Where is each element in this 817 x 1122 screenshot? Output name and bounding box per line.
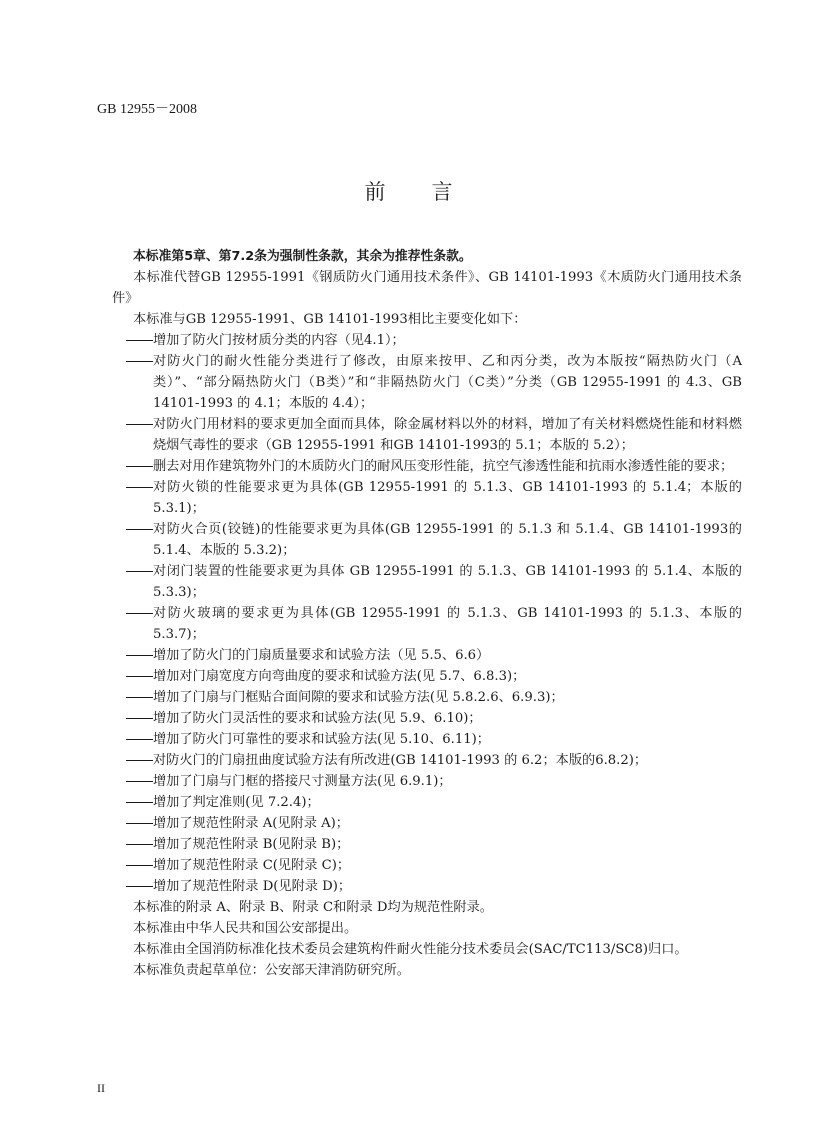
list-item: 增加了防火门按材质分类的内容（见4.1）； — [112, 330, 742, 351]
page-title-char-2: 言 — [432, 176, 453, 206]
page-number: II — [97, 1081, 105, 1096]
list-item: 增加了判定准则(见 7.2.4)； — [112, 792, 742, 813]
list-item: 删去对用作建筑物外门的木质防火门的耐风压变形性能，抗空气渗透性能和抗雨水渗透性能… — [112, 456, 742, 477]
em-dash-marker — [126, 666, 153, 687]
proposer-statement: 本标准由中华人民共和国公安部提出。 — [112, 918, 742, 939]
em-dash-marker — [126, 414, 153, 435]
list-item: 对防火锁的性能要求更为具体(GB 12955-1991 的 5.1.3、GB 1… — [112, 477, 742, 519]
em-dash-marker — [126, 330, 153, 351]
list-item: 增加了规范性附录 D(见附录 D)； — [112, 876, 742, 897]
em-dash-marker — [126, 834, 153, 855]
mandatory-clause-statement: 本标准第5章、第7.2条为强制性条款，其余为推荐性条款。 — [112, 246, 742, 267]
em-dash-marker — [126, 771, 153, 792]
em-dash-marker — [126, 729, 153, 750]
page-title-char-1: 前 — [365, 176, 386, 206]
em-dash-marker — [126, 708, 153, 729]
appendix-statement: 本标准的附录 A、附录 B、附录 C和附录 D均为规范性附录。 — [112, 897, 742, 918]
list-item: 增加了门扇与门框的搭接尺寸测量方法(见 6.9.1)； — [112, 771, 742, 792]
list-item: 对防火玻璃的要求更为具体(GB 12955-1991 的 5.1.3、GB 14… — [112, 603, 742, 645]
list-item: 增加了规范性附录 A(见附录 A)； — [112, 813, 742, 834]
standard-code: GB 12955－2008 — [97, 98, 197, 118]
em-dash-marker — [126, 519, 153, 540]
list-item: 对防火门的耐火性能分类进行了修改，由原来按甲、乙和丙分类，改为本版按“隔热防火门… — [112, 351, 742, 414]
em-dash-marker — [126, 687, 153, 708]
list-item: 对闭门装置的性能要求更为具体 GB 12955-1991 的 5.1.3、GB … — [112, 561, 742, 603]
em-dash-marker — [126, 792, 153, 813]
list-item: 对防火合页(铰链)的性能要求更为具体(GB 12955-1991 的 5.1.3… — [112, 519, 742, 561]
list-item: 对防火门用材料的要求更加全面而具体，除金属材料以外的材料，增加了有关材料燃烧性能… — [112, 414, 742, 456]
list-item: 增加对门扇宽度方向弯曲度的要求和试验方法(见 5.7、6.8.3)； — [112, 666, 742, 687]
em-dash-marker — [126, 813, 153, 834]
replacement-statement: 本标准代替GB 12955-1991《钢质防火门通用技术条件》、GB 14101… — [112, 267, 742, 309]
list-item: 对防火门的门扇扭曲度试验方法有所改进(GB 14101-1993 的 6.2；本… — [112, 750, 742, 771]
em-dash-marker — [126, 750, 153, 771]
committee-statement: 本标准由全国消防标准化技术委员会建筑构件耐火性能分技术委员会(SAC/TC113… — [112, 939, 742, 960]
em-dash-marker — [126, 561, 153, 582]
changes-intro: 本标准与GB 12955-1991、GB 14101-1993相比主要变化如下： — [112, 309, 742, 330]
list-item: 增加了防火门可靠性的要求和试验方法(见 5.10、6.11)； — [112, 729, 742, 750]
list-item: 增加了规范性附录 B(见附录 B)； — [112, 834, 742, 855]
em-dash-marker — [126, 876, 153, 897]
changes-list: 增加了防火门按材质分类的内容（见4.1）； 对防火门的耐火性能分类进行了修改，由… — [112, 330, 742, 897]
list-item: 增加了防火门灵活性的要求和试验方法(见 5.9、6.10)； — [112, 708, 742, 729]
em-dash-marker — [126, 855, 153, 876]
em-dash-marker — [126, 456, 153, 477]
list-item: 增加了门扇与门框贴合面间隙的要求和试验方法(见 5.8.2.6、6.9.3)； — [112, 687, 742, 708]
em-dash-marker — [126, 645, 153, 666]
em-dash-marker — [126, 351, 153, 372]
em-dash-marker — [126, 603, 153, 624]
page-title: 前言 — [0, 176, 817, 206]
list-item: 增加了防火门的门扇质量要求和试验方法（见 5.5、6.6） — [112, 645, 742, 666]
list-item: 增加了规范性附录 C(见附录 C)； — [112, 855, 742, 876]
em-dash-marker — [126, 477, 153, 498]
foreword-body: 本标准第5章、第7.2条为强制性条款，其余为推荐性条款。 本标准代替GB 129… — [112, 246, 742, 981]
drafting-unit-statement: 本标准负责起草单位：公安部天津消防研究所。 — [112, 960, 742, 981]
